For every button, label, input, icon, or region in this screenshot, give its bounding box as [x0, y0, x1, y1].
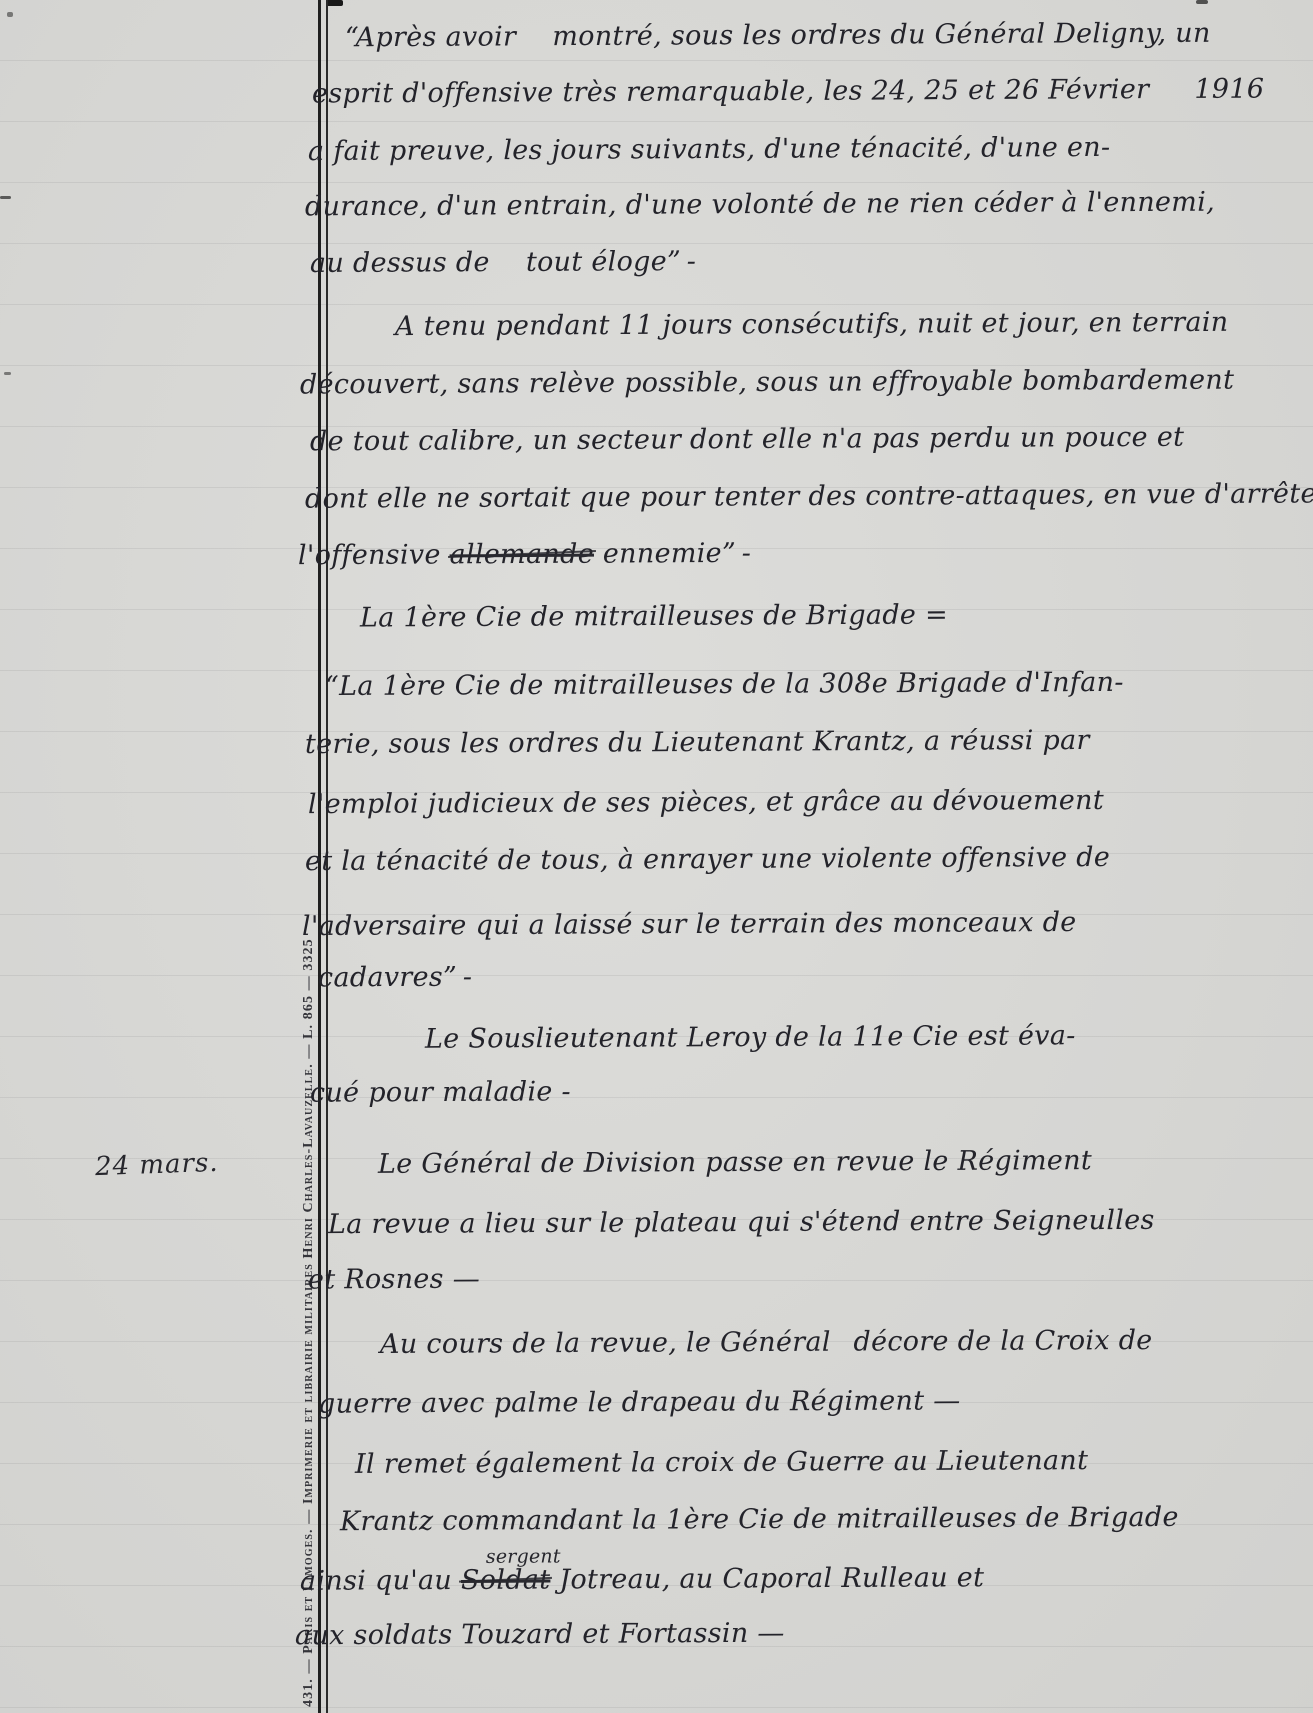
document-page: 431. — Paris et Limoges. — Imprimerie et… [0, 0, 1313, 1713]
manuscript-line: guerre avec palme le drapeau du Régiment… [318, 1381, 961, 1424]
manuscript-line: Le Souslieutenant Leroy de la 11e Cie es… [425, 1016, 1076, 1059]
handwritten-text: cué pour maladie - [310, 1076, 571, 1108]
manuscript-line: Au cours de la revue, le Général décore … [380, 1321, 1153, 1365]
handwritten-text: ainsi qu'au [300, 1565, 461, 1597]
manuscript-line: esprit d'offensive très remarquable, les… [312, 70, 1264, 115]
manuscript-line: cadavres” - [318, 958, 472, 999]
handwritten-text: découvert, sans relève possible, sous un… [300, 365, 1234, 401]
manuscript-line: Krantz commandant la 1ère Cie de mitrail… [340, 1498, 1179, 1542]
manuscript-line: a fait preuve, les jours suivants, d'une… [308, 128, 1111, 172]
manuscript-line: A tenu pendant 11 jours consécutifs, nui… [395, 303, 1229, 347]
handwritten-text: Krantz commandant la 1ère Cie de mitrail… [340, 1502, 1179, 1537]
manuscript-line: terie, sous les ordres du Lieutenant Kra… [305, 721, 1090, 765]
manuscript-line: durance, d'un entrain, d'une volonté de … [305, 183, 1215, 228]
handwritten-text: A tenu pendant 11 jours consécutifs, nui… [395, 307, 1229, 342]
ink-speck [0, 196, 11, 199]
handwritten-text: ennemie” - [594, 538, 751, 570]
handwritten-text: “Après avoir montré, sous les ordres du … [345, 18, 1211, 54]
struck-word: Soldat [461, 1564, 551, 1595]
manuscript-line: La 1ère Cie de mitrailleuses de Brigade … [360, 595, 948, 638]
manuscript-line: Le Général de Division passe en revue le… [378, 1141, 1092, 1185]
handwritten-text: a fait preuve, les jours suivants, d'une… [308, 132, 1111, 167]
handwritten-text: et la ténacité de tous, à enrayer une vi… [305, 842, 1110, 877]
manuscript-line: Il remet également la croix de Guerre au… [355, 1441, 1088, 1485]
manuscript-line: ainsi qu'au sergentSoldat Jotreau, au Ca… [300, 1558, 984, 1602]
manuscript-lines: “Après avoir montré, sous les ordres du … [330, 0, 1313, 1713]
manuscript-line: de tout calibre, un secteur dont elle n'… [310, 418, 1184, 463]
manuscript-line: dont elle ne sortait que pour tenter des… [305, 474, 1313, 519]
margin-date: 24 mars. [95, 1148, 220, 1182]
manuscript-line: découvert, sans relève possible, sous un… [300, 361, 1234, 406]
handwritten-text: Le Général de Division passe en revue le… [378, 1145, 1092, 1180]
handwritten-text: terie, sous les ordres du Lieutenant Kra… [305, 725, 1090, 760]
handwritten-text: esprit d'offensive très remarquable, les… [312, 74, 1264, 110]
handwritten-text: durance, d'un entrain, d'une volonté de … [305, 187, 1215, 223]
manuscript-line: “Après avoir montré, sous les ordres du … [345, 14, 1211, 59]
struck-word: allemande [449, 539, 594, 571]
handwritten-text: l'adversaire qui a laissé sur le terrain… [302, 907, 1077, 942]
handwritten-text: au dessus de tout éloge” - [310, 246, 696, 279]
handwritten-text: guerre avec palme le drapeau du Régiment… [318, 1385, 961, 1419]
manuscript-line: et la ténacité de tous, à enrayer une vi… [305, 838, 1110, 882]
handwritten-text: cadavres” - [318, 962, 472, 994]
manuscript-line: aux soldats Touzard et Fortassin — [295, 1614, 785, 1657]
handwritten-text: Il remet également la croix de Guerre au… [355, 1445, 1088, 1480]
handwritten-text: Jotreau, au Caporal Rulleau et [550, 1562, 984, 1595]
manuscript-line: et Rosnes — [308, 1260, 480, 1301]
handwritten-text: La revue a lieu sur le plateau qui s'éte… [328, 1205, 1155, 1240]
handwritten-text: dont elle ne sortait que pour tenter des… [305, 478, 1313, 514]
ink-speck [7, 12, 13, 17]
manuscript-line: La revue a lieu sur le plateau qui s'éte… [328, 1201, 1155, 1245]
manuscript-line: l'adversaire qui a laissé sur le terrain… [302, 903, 1077, 947]
handwritten-text: l'offensive [298, 539, 450, 571]
manuscript-line: au dessus de tout éloge” - [310, 242, 696, 284]
handwritten-text: Au cours de la revue, le Général décore … [380, 1325, 1153, 1360]
handwritten-text: Le Souslieutenant Leroy de la 11e Cie es… [425, 1020, 1076, 1054]
handwritten-text: “La 1ère Cie de mitrailleuses de la 308e… [325, 667, 1124, 702]
manuscript-line: “La 1ère Cie de mitrailleuses de la 308e… [325, 663, 1124, 707]
ink-speck [4, 372, 11, 375]
handwritten-text: l'emploi judicieux de ses pièces, et grâ… [308, 785, 1104, 820]
handwritten-text: La 1ère Cie de mitrailleuses de Brigade … [360, 599, 948, 633]
manuscript-line: l'emploi judicieux de ses pièces, et grâ… [308, 781, 1104, 825]
handwritten-text: aux soldats Touzard et Fortassin — [295, 1618, 785, 1652]
handwritten-text: de tout calibre, un secteur dont elle n'… [310, 422, 1184, 458]
manuscript-line: cué pour maladie - [310, 1072, 571, 1113]
manuscript-line: l'offensive allemande ennemie” - [298, 534, 751, 576]
handwritten-text: et Rosnes — [308, 1264, 480, 1296]
